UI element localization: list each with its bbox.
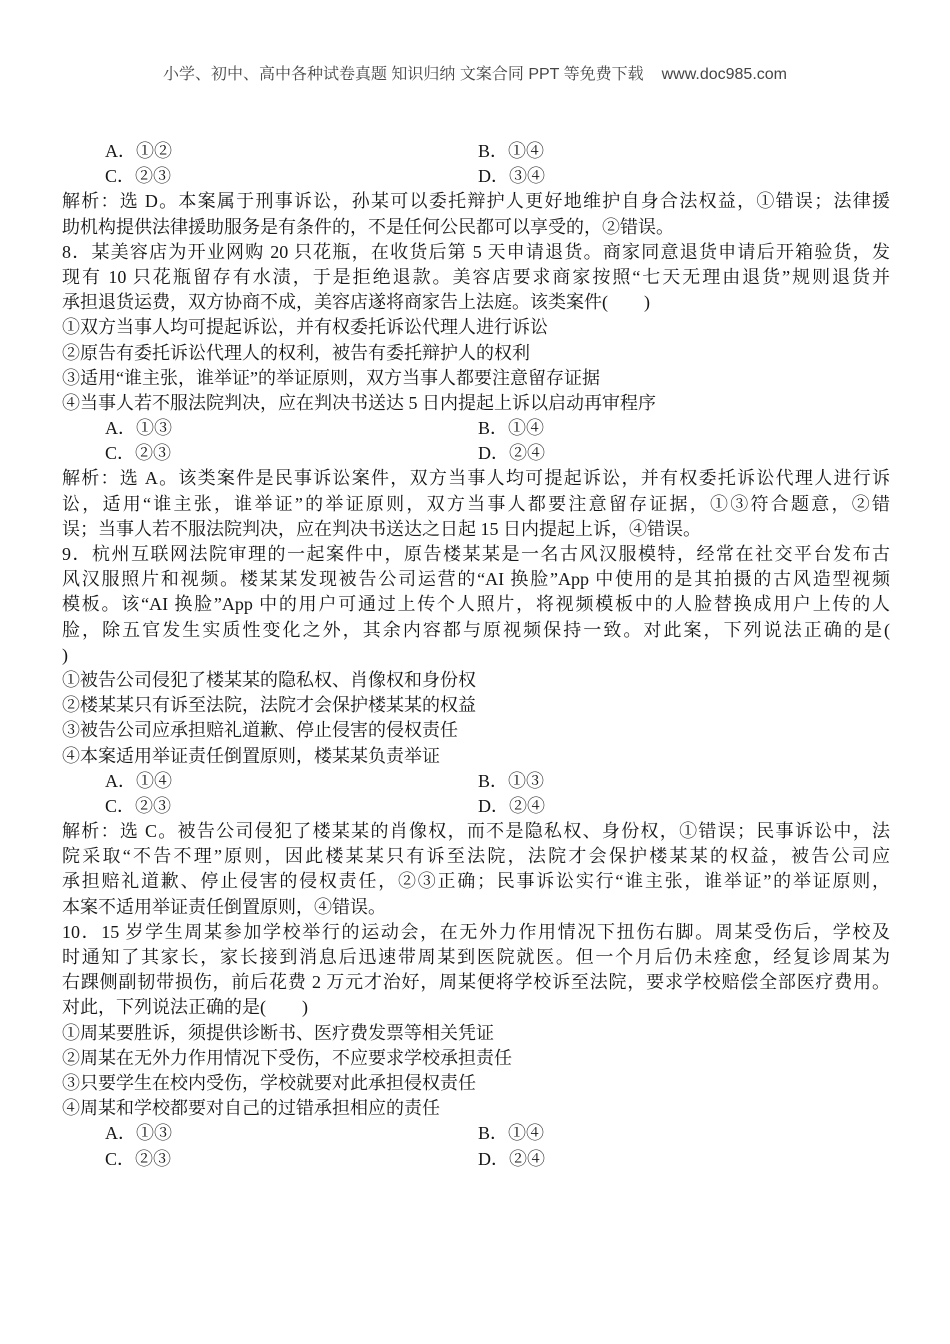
options-row: A．①③B．①④ bbox=[62, 416, 890, 441]
text-line: 解析：选 C。被告公司侵犯了楼某某的肖像权，而不是隐私权、身份权，①错误；民事诉… bbox=[62, 819, 890, 844]
text-line: 解析：选 A。该类案件是民事诉讼案件，双方当事人均可提起诉讼，并有权委托诉讼代理… bbox=[62, 466, 890, 491]
text-line: 承担赔礼道歉、停止侵害的侵权责任，②③正确；民事诉讼实行“谁主张，谁举证”的举证… bbox=[62, 869, 890, 894]
option-left: C．②③ bbox=[105, 794, 171, 819]
options-row: C．②③D．②④ bbox=[62, 441, 890, 466]
text-line: 本案不适用举证责任倒置原则，④错误。 bbox=[62, 895, 890, 920]
options-row: A．①②B．①④ bbox=[62, 139, 890, 164]
page-header: 小学、初中、高中各种试卷真题 知识归纳 文案合同 PPT 等免费下载www.do… bbox=[0, 64, 950, 86]
option-right: B．①④ bbox=[478, 416, 544, 441]
text-line: 脸，除五官发生实质性变化之外，其余内容都与原视频保持一致。对此案，下列说法正确的… bbox=[62, 618, 890, 643]
option-left: A．①④ bbox=[105, 769, 172, 794]
option-right: D．③④ bbox=[478, 164, 545, 189]
text-line: 解析：选 D。本案属于刑事诉讼，孙某可以委托辩护人更好地维护自身合法权益，①错误… bbox=[62, 189, 890, 214]
text-line: 现有 10 只花瓶留存有水渍，于是拒绝退款。美容店要求商家按照“七天无理由退货”… bbox=[62, 265, 890, 290]
option-right: D．②④ bbox=[478, 1147, 545, 1172]
text-line: ④本案适用举证责任倒置原则，楼某某负责举证 bbox=[62, 744, 890, 769]
option-left: A．①③ bbox=[105, 1121, 172, 1146]
exam-document-page: 小学、初中、高中各种试卷真题 知识归纳 文案合同 PPT 等免费下载www.do… bbox=[0, 0, 950, 1344]
options-row: C．②③D．②④ bbox=[62, 794, 890, 819]
option-left: C．②③ bbox=[105, 1147, 171, 1172]
document-body: A．①②B．①④C．②③D．③④解析：选 D。本案属于刑事诉讼，孙某可以委托辩护… bbox=[62, 139, 890, 1172]
header-site-slogan: 小学、初中、高中各种试卷真题 知识归纳 文案合同 PPT 等免费下载 bbox=[163, 66, 644, 83]
text-line: ②原告有委托诉讼代理人的权利，被告有委托辩护人的权利 bbox=[62, 341, 890, 366]
text-line: ①周某要胜诉，须提供诊断书、医疗费发票等相关凭证 bbox=[62, 1021, 890, 1046]
text-line: 对此，下列说法正确的是( ) bbox=[62, 995, 890, 1020]
option-left: A．①③ bbox=[105, 416, 172, 441]
option-right: D．②④ bbox=[478, 794, 545, 819]
text-line: ) bbox=[62, 643, 890, 668]
option-right: B．①④ bbox=[478, 139, 544, 164]
text-line: ②周某在无外力作用情况下受伤，不应要求学校承担责任 bbox=[62, 1046, 890, 1071]
text-line: 误；当事人若不服法院判决，应在判决书送达之日起 15 日内提起上诉，④错误。 bbox=[62, 517, 890, 542]
text-line: ④当事人若不服法院判决，应在判决书送达 5 日内提起上诉以启动再审程序 bbox=[62, 391, 890, 416]
text-line: ①被告公司侵犯了楼某某的隐私权、肖像权和身份权 bbox=[62, 668, 890, 693]
text-line: ③适用“谁主张，谁举证”的举证原则，双方当事人都要注意留存证据 bbox=[62, 366, 890, 391]
text-line: 右踝侧副韧带损伤，前后花费 2 万元才治好，周某便将学校诉至法院，要求学校赔偿全… bbox=[62, 970, 890, 995]
text-line: 风汉服照片和视频。楼某某发现被告公司运营的“AI 换脸”App 中使用的是其拍摄… bbox=[62, 567, 890, 592]
option-left: C．②③ bbox=[105, 441, 171, 466]
text-line: ③只要学生在校内受伤，学校就要对此承担侵权责任 bbox=[62, 1071, 890, 1096]
text-line: 助机构提供法律援助服务是有条件的，不是任何公民都可以享受的，②错误。 bbox=[62, 215, 890, 240]
options-row: A．①④B．①③ bbox=[62, 769, 890, 794]
options-row: C．②③D．③④ bbox=[62, 164, 890, 189]
options-row: A．①③B．①④ bbox=[62, 1121, 890, 1146]
text-line: 讼，适用“谁主张，谁举证”的举证原则，双方当事人都要注意留存证据，①③符合题意，… bbox=[62, 492, 890, 517]
option-left: A．①② bbox=[105, 139, 172, 164]
text-line: ③被告公司应承担赔礼道歉、停止侵害的侵权责任 bbox=[62, 718, 890, 743]
text-line: ④周某和学校都要对自己的过错承担相应的责任 bbox=[62, 1096, 890, 1121]
option-right: B．①④ bbox=[478, 1121, 544, 1146]
text-line: 院采取“不告不理”原则，因此楼某某只有诉至法院，法院才会保护楼某某的权益，被告公… bbox=[62, 844, 890, 869]
text-line: ②楼某某只有诉至法院，法院才会保护楼某某的权益 bbox=[62, 693, 890, 718]
text-line: 10．15 岁学生周某参加学校举行的运动会，在无外力作用情况下扭伤右脚。周某受伤… bbox=[62, 920, 890, 945]
header-site-url: www.doc985.com bbox=[662, 66, 787, 83]
options-row: C．②③D．②④ bbox=[62, 1147, 890, 1172]
option-left: C．②③ bbox=[105, 164, 171, 189]
option-right: B．①③ bbox=[478, 769, 544, 794]
option-right: D．②④ bbox=[478, 441, 545, 466]
text-line: 时通知了其家长，家长接到消息后迅速带周某到医院就医。但一个月后仍未痊愈，经复诊周… bbox=[62, 945, 890, 970]
text-line: 模板。该“AI 换脸”App 中的用户可通过上传个人照片，将视频模板中的人脸替换… bbox=[62, 592, 890, 617]
text-line: 8．某美容店为开业网购 20 只花瓶，在收货后第 5 天申请退货。商家同意退货申… bbox=[62, 240, 890, 265]
text-line: 9．杭州互联网法院审理的一起案件中，原告楼某某是一名古风汉服模特，经常在社交平台… bbox=[62, 542, 890, 567]
text-line: ①双方当事人均可提起诉讼，并有权委托诉讼代理人进行诉讼 bbox=[62, 315, 890, 340]
text-line: 承担退货运费，双方协商不成，美容店遂将商家告上法庭。该类案件( ) bbox=[62, 290, 890, 315]
